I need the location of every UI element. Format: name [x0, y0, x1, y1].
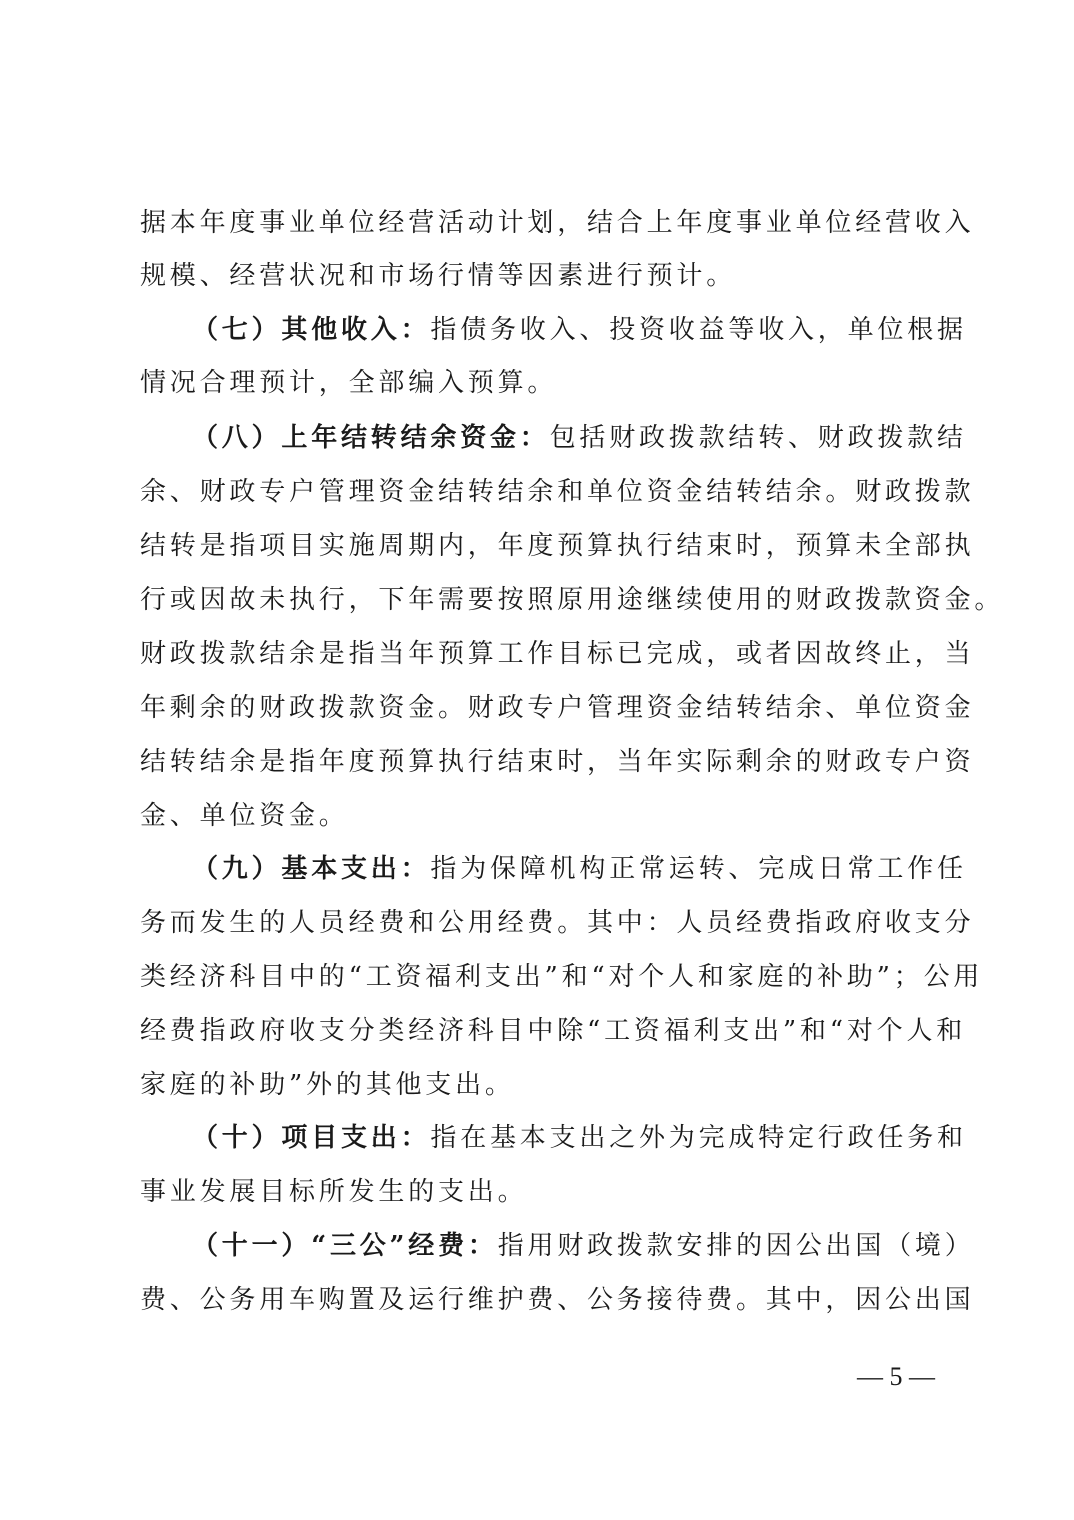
line-text: 包括财政拨款结转、财政拨款结: [550, 423, 967, 453]
line-text: 指为保障机构正常运转、完成日常工作任: [430, 854, 966, 884]
document-page: 据本年度事业单位经营活动计划，结合上年度事业单位经营收入规模、经营状况和市场行情…: [0, 0, 1074, 1520]
section-heading-line: （十一）“三公”经费：指用财政拨款安排的因公出国（境）: [192, 1229, 940, 1263]
text-line: 经费指政府收支分类经济科目中除“工资福利支出”和“对个人和: [140, 1014, 940, 1048]
line-text: 余、财政专户管理资金结转结余和单位资金结转结余。财政拨款: [140, 477, 974, 507]
text-line: 家庭的补助”外的其他支出。: [140, 1068, 940, 1102]
text-line: 结转是指项目实施周期内，年度预算执行结束时，预算未全部执: [140, 529, 940, 563]
line-text: 据本年度事业单位经营活动计划，结合上年度事业单位经营收入: [140, 208, 974, 238]
line-text: 行或因故未执行，下年需要按照原用途继续使用的财政拨款资金。: [140, 585, 1004, 615]
text-line: 事业发展目标所发生的支出。: [140, 1175, 940, 1209]
section-heading-line: （七）其他收入：指债务收入、投资收益等收入，单位根据: [192, 313, 940, 347]
text-line: 行或因故未执行，下年需要按照原用途继续使用的财政拨款资金。: [140, 583, 940, 617]
text-line: 类经济科目中的“工资福利支出”和“对个人和家庭的补助”；公用: [140, 960, 940, 994]
line-text: 家庭的补助”外的其他支出。: [140, 1070, 515, 1100]
text-line: 年剩余的财政拨款资金。财政专户管理资金结转结余、单位资金: [140, 691, 940, 725]
line-text: 金、单位资金。: [140, 801, 349, 831]
line-text: 指用财政拨款安排的因公出国（境）: [498, 1231, 975, 1261]
section-heading-line: （九）基本支出：指为保障机构正常运转、完成日常工作任: [192, 852, 940, 886]
line-text: 费、公务用车购置及运行维护费、公务接待费。其中，因公出国: [140, 1285, 974, 1315]
section-heading: （十一）“三公”经费：: [192, 1231, 498, 1261]
line-text: 结转是指项目实施周期内，年度预算执行结束时，预算未全部执: [140, 531, 974, 561]
line-text: 情况合理预计，全部编入预算。: [140, 368, 557, 398]
section-heading: （七）其他收入：: [192, 315, 430, 345]
line-text: 财政拨款结余是指当年预算工作目标已完成，或者因故终止，当: [140, 639, 974, 669]
line-text: 年剩余的财政拨款资金。财政专户管理资金结转结余、单位资金: [140, 693, 974, 723]
line-text: 务而发生的人员经费和公用经费。其中：人员经费指政府收支分: [140, 908, 974, 938]
line-text: 类经济科目中的“工资福利支出”和“对个人和家庭的补助”；公用: [140, 962, 983, 992]
text-line: 财政拨款结余是指当年预算工作目标已完成，或者因故终止，当: [140, 637, 940, 671]
line-text: 指债务收入、投资收益等收入，单位根据: [430, 315, 966, 345]
text-line: 结转结余是指年度预算执行结束时，当年实际剩余的财政专户资: [140, 745, 940, 779]
text-line: 据本年度事业单位经营活动计划，结合上年度事业单位经营收入: [140, 206, 940, 240]
text-line: 金、单位资金。: [140, 799, 940, 833]
section-heading-line: （十）项目支出：指在基本支出之外为完成特定行政任务和: [192, 1121, 940, 1155]
line-text: 经费指政府收支分类经济科目中除“工资福利支出”和“对个人和: [140, 1016, 966, 1046]
text-line: 情况合理预计，全部编入预算。: [140, 366, 940, 400]
line-text: 指在基本支出之外为完成特定行政任务和: [430, 1123, 966, 1153]
line-text: 结转结余是指年度预算执行结束时，当年实际剩余的财政专户资: [140, 747, 974, 777]
text-line: 规模、经营状况和市场行情等因素进行预计。: [140, 259, 940, 293]
text-line: 费、公务用车购置及运行维护费、公务接待费。其中，因公出国: [140, 1283, 940, 1317]
section-heading: （八）上年结转结余资金：: [192, 423, 550, 453]
text-line: 务而发生的人员经费和公用经费。其中：人员经费指政府收支分: [140, 906, 940, 940]
section-heading: （九）基本支出：: [192, 854, 430, 884]
section-heading: （十）项目支出：: [192, 1123, 430, 1153]
page-number: — 5 —: [846, 1360, 946, 1394]
line-text: 事业发展目标所发生的支出。: [140, 1177, 527, 1207]
section-heading-line: （八）上年结转结余资金：包括财政拨款结转、财政拨款结: [192, 421, 940, 455]
line-text: 规模、经营状况和市场行情等因素进行预计。: [140, 261, 736, 291]
text-line: 余、财政专户管理资金结转结余和单位资金结转结余。财政拨款: [140, 475, 940, 509]
